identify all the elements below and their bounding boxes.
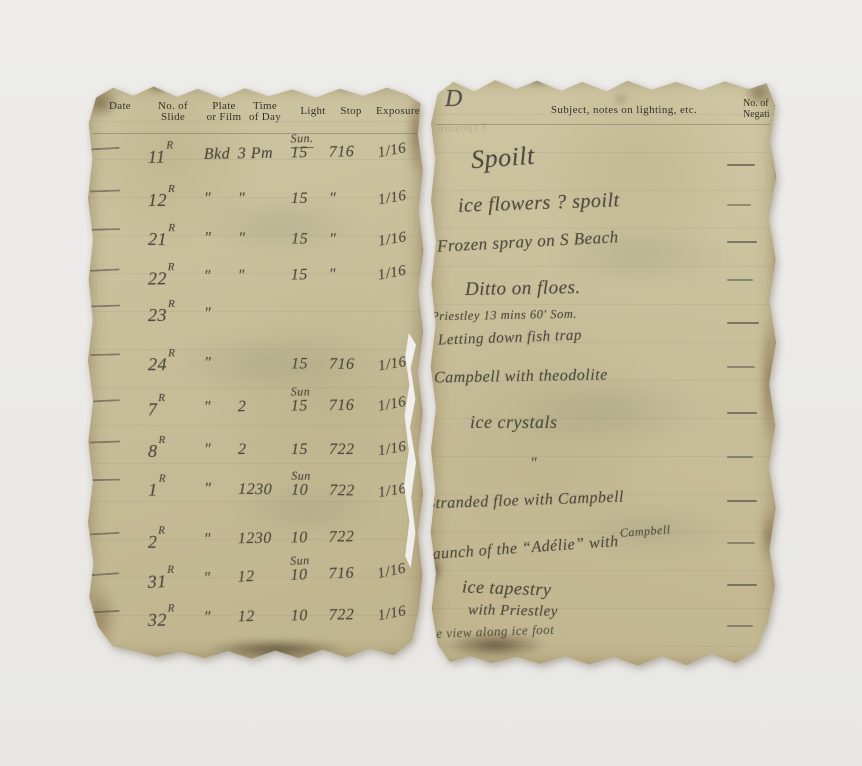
plate-or-film-value: ″: [204, 190, 211, 208]
negative-tick-mark: [727, 279, 753, 281]
negative-tick-mark: [727, 322, 759, 324]
sun-annotation: Sun.: [290, 131, 313, 148]
time-of-day-value: 12: [237, 568, 255, 587]
left-page-wrapper: Date No. ofSlide Plateor Film Timeof Day…: [86, 83, 424, 661]
header-rule: [93, 133, 418, 134]
plate-or-film-value: ″: [204, 305, 211, 323]
negative-tick-mark: [727, 584, 757, 586]
paper-stain: [80, 85, 120, 119]
paper-stain: [524, 72, 554, 86]
note-line: with Priestley: [468, 602, 558, 621]
ink-bleed-smudge: [166, 333, 376, 393]
plate-or-film-value: ″: [204, 480, 211, 498]
negative-tick-mark: [727, 542, 755, 544]
plate-or-film-value: ″: [204, 441, 211, 459]
paper-stain: [146, 79, 172, 93]
ink-bleed-smudge: [509, 376, 709, 446]
plate-or-film-value: ″: [204, 531, 211, 549]
exposure-value: 1/16: [377, 394, 408, 416]
stop-value: ″: [329, 266, 336, 284]
stop-value: 716: [329, 397, 355, 415]
exposure-value: 1/16: [377, 188, 408, 210]
paper-stain: [206, 639, 346, 659]
exposure-value: 1/16: [377, 481, 408, 502]
column-header-stop: Stop: [334, 106, 368, 117]
slide-number: 2R: [148, 532, 165, 553]
time-of-day-value: 2: [238, 441, 247, 459]
log-row: 11R Bkd 3 Pm Sun.15 716 1/16: [86, 142, 425, 188]
stop-value: 716: [328, 565, 354, 584]
light-value: Sun.15: [291, 144, 308, 162]
right-notebook-page: D Exposure Subject, notes on lighting, e…: [429, 76, 777, 668]
subject-column-header: Subject, notes on lighting, etc.: [519, 104, 729, 116]
light-value: 10: [291, 607, 308, 625]
date-dash-mark: [90, 399, 120, 402]
plate-or-film-value: ″: [204, 268, 211, 286]
slide-number: 12R: [148, 190, 174, 211]
date-dash-mark: [89, 572, 119, 576]
stop-value: 722: [329, 441, 355, 459]
paper-stain: [82, 583, 118, 653]
date-dash-mark: [90, 228, 120, 231]
slide-number: 21R: [148, 229, 174, 250]
slide-number: 22R: [148, 268, 175, 289]
paper-stain: [336, 79, 356, 91]
column-header-light: Light: [294, 106, 332, 117]
plate-or-film-value: ″: [203, 570, 211, 588]
date-dash-mark: [90, 440, 120, 443]
ink-bleed-smudge: [226, 483, 386, 538]
exposure-value: 1/16: [376, 263, 407, 285]
light-value: Sun15: [291, 397, 308, 415]
light-value: 15: [291, 266, 308, 284]
slide-number: 23R: [148, 305, 174, 326]
slide-number: 32R: [148, 609, 175, 630]
note-line: Letting down fish trap: [438, 327, 582, 349]
slide-number: 8R: [148, 441, 165, 462]
left-notebook-page: Date No. ofSlide Plateor Film Timeof Day…: [86, 83, 424, 661]
column-header-no-of-slide: No. ofSlide: [150, 101, 196, 123]
plate-or-film-value: ″: [204, 399, 211, 417]
date-dash-mark: [90, 532, 120, 536]
note-line: ″: [530, 455, 537, 473]
time-of-day-value: 12: [238, 608, 255, 626]
slide-number: 31R: [147, 571, 174, 593]
slide-number: 7R: [148, 399, 165, 420]
note-line: ice flowers ? spoilt: [458, 189, 620, 218]
log-row: 7R ″ 2 Sun15 716 1/16: [86, 396, 424, 440]
date-dash-mark: [90, 353, 120, 356]
negative-tick-mark: [727, 625, 753, 627]
corner-mark: D: [445, 86, 463, 113]
note-line: ice tapestry: [462, 576, 552, 600]
slide-number: 1R: [148, 480, 165, 501]
negative-tick-mark: [727, 241, 757, 243]
time-of-day-value: 3 Pm: [238, 145, 274, 164]
note-line: Ditto on floes.: [465, 277, 581, 301]
right-page-wrapper: D Exposure Subject, notes on lighting, e…: [429, 76, 777, 668]
exposure-value: 1/16: [376, 140, 407, 162]
negative-tick-mark: [727, 366, 755, 368]
note-line: Priestley 13 mins 60′ Som.: [431, 307, 577, 325]
paper-stain: [759, 316, 779, 446]
stop-value: 722: [329, 606, 355, 624]
negative-tick-mark: [727, 500, 757, 502]
time-of-day-value: 2: [238, 398, 247, 416]
negative-tick-mark: [727, 456, 753, 458]
notebook-scan: Date No. ofSlide Plateor Film Timeof Day…: [0, 0, 862, 766]
date-dash-mark: [90, 479, 120, 482]
column-header-time-of-day: Timeof Day: [242, 101, 288, 123]
note-line: Spoilt: [470, 141, 536, 175]
paper-stain: [759, 506, 779, 566]
exposure-value: 1/16: [377, 354, 408, 375]
log-row: 22R ″ ″ 15 ″ 1/16: [86, 265, 425, 310]
exposure-value: 1/16: [377, 229, 408, 250]
ink-bleed-smudge: [196, 198, 366, 253]
date-dash-mark: [90, 304, 120, 307]
header-rule: [436, 124, 770, 125]
negative-tick-mark: [727, 412, 757, 414]
paper-stain: [406, 89, 428, 179]
negative-tick-mark: [727, 164, 755, 166]
negative-tick-mark: [727, 204, 751, 206]
paper-stain: [744, 78, 774, 108]
stop-value: 716: [329, 143, 355, 161]
date-dash-mark: [90, 147, 120, 151]
plate-or-film-value: ″: [204, 609, 211, 627]
time-of-day-value: ″: [238, 267, 245, 285]
note-line: Stranded floe with Campbell: [427, 489, 625, 514]
date-dash-mark: [90, 268, 120, 271]
slide-number: 11R: [148, 146, 173, 167]
ink-bleed-smudge: [549, 226, 729, 286]
log-row: 8R ″ 2 15 722 1/16: [86, 441, 424, 481]
exposure-value: 1/16: [376, 560, 408, 583]
paper-stain: [423, 551, 443, 587]
column-header-plate-or-film: Plateor Film: [200, 101, 248, 123]
plate-or-film-value: Bkd: [204, 145, 231, 163]
ink-bleed-smudge: [569, 506, 729, 556]
date-dash-mark: [90, 189, 120, 192]
light-value: 15: [291, 441, 308, 459]
paper-stain: [614, 92, 628, 106]
light-value: Sun10: [290, 566, 308, 585]
exposure-value: 1/16: [376, 603, 407, 625]
exposure-value: 1/16: [377, 439, 408, 461]
paper-stain: [445, 632, 545, 658]
